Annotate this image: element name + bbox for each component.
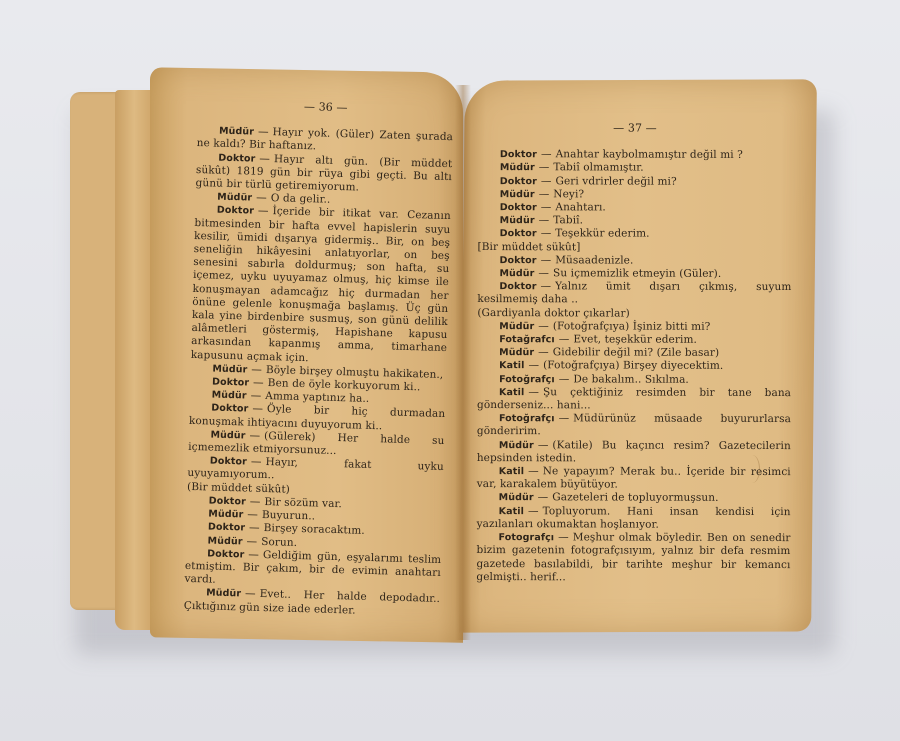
speaker-name: Müdür bbox=[499, 440, 534, 451]
speaker-name: Fotağrafcı bbox=[499, 334, 555, 345]
em-dash: — bbox=[250, 495, 261, 507]
speaker-name: Müdür bbox=[217, 192, 252, 204]
em-dash: — bbox=[541, 148, 552, 160]
dialogue-line: Doktor—Müsaadenizle. bbox=[477, 254, 791, 268]
speaker-name: Doktor bbox=[500, 149, 537, 160]
em-dash: — bbox=[538, 346, 549, 358]
line-text: [Bir müddet sükût] bbox=[478, 241, 581, 253]
dialogue-line: Müdür—Su içmemizlik etmeyin (Güler). bbox=[477, 267, 791, 281]
em-dash: — bbox=[528, 505, 539, 517]
dialogue-line: Doktor—Anahtar kaybolmamıştır değil mi ? bbox=[478, 148, 792, 162]
em-dash: — bbox=[540, 280, 551, 292]
speaker-name: Müdür bbox=[208, 509, 243, 521]
speaker-name: Doktor bbox=[500, 228, 537, 239]
em-dash: — bbox=[539, 214, 550, 226]
speaker-name: Müdür bbox=[500, 189, 535, 200]
speaker-name: Katil bbox=[499, 506, 524, 517]
em-dash: — bbox=[538, 439, 549, 451]
line-text: Evet, teşekkür ederim. bbox=[573, 333, 697, 345]
dialogue-line: Müdür—(Katile) Bu kaçıncı resim? Gazetec… bbox=[477, 439, 791, 467]
line-text: Gazeteleri de topluyormuşsun. bbox=[552, 492, 718, 505]
em-dash: — bbox=[528, 465, 539, 477]
dialogue-line: Fotoğrafçı—Müdürünüz müsaade buyururlars… bbox=[477, 412, 791, 440]
speaker-name: Doktor bbox=[500, 202, 537, 213]
dialogue-lines: Doktor—Anahtar kaybolmamıştır değil mi ?… bbox=[476, 148, 792, 585]
em-dash: — bbox=[559, 333, 570, 345]
em-dash: — bbox=[245, 588, 256, 600]
em-dash: — bbox=[559, 373, 570, 385]
em-dash: — bbox=[250, 390, 261, 402]
em-dash: — bbox=[251, 363, 262, 375]
line-text: Su içmemizlik etmeyin (Güler). bbox=[553, 267, 721, 280]
speaker-name: Müdür bbox=[207, 535, 242, 547]
stage-direction: (Gardiyanla doktor çıkarlar) bbox=[477, 307, 791, 321]
book-gutter bbox=[455, 85, 471, 640]
dialogue-line: Fotografçı—Meşhur olmak böyledir. Ben on… bbox=[476, 531, 790, 585]
speaker-name: Fotografçı bbox=[499, 532, 555, 543]
speaker-name: Doktor bbox=[212, 377, 249, 389]
speaker-name: Müdür bbox=[212, 363, 247, 375]
em-dash: — bbox=[559, 413, 570, 425]
speaker-name: Müdür bbox=[500, 215, 535, 226]
em-dash: — bbox=[259, 152, 270, 164]
dialogue-line: Doktor—Yalnız ümit dışarı çıkmış, suyum … bbox=[477, 280, 791, 308]
line-text: Birşey soracaktım. bbox=[264, 522, 365, 537]
em-dash: — bbox=[538, 320, 549, 332]
em-dash: — bbox=[251, 456, 262, 468]
speaker-name: Müdür bbox=[212, 390, 247, 402]
dialogue-line: Müdür—(Fotoğrafçıya) İşiniz bitti mi? bbox=[477, 320, 791, 334]
right-page-text: — 37 — Doktor—Anahtar kaybolmamıştır değ… bbox=[476, 121, 792, 585]
speaker-name: Doktor bbox=[208, 522, 245, 534]
line-text: Bir sözüm var. bbox=[264, 496, 342, 510]
speaker-name: Fotoğrafçı bbox=[499, 374, 555, 385]
speaker-name: Müdür bbox=[500, 162, 535, 173]
line-text: (Fotoğrafçıya) İşiniz bitti mi? bbox=[553, 320, 711, 333]
speaker-name: Doktor bbox=[500, 176, 537, 187]
dialogue-line: Katil—Şu çektiğiniz resimden bir tane ba… bbox=[477, 386, 791, 414]
em-dash: — bbox=[252, 403, 263, 415]
em-dash: — bbox=[541, 254, 552, 266]
line-text: (Bir müddet sükût) bbox=[187, 481, 290, 496]
speaker-name: Müdür bbox=[499, 493, 534, 504]
line-text: Geri vdrirler değil mi? bbox=[555, 175, 676, 187]
dialogue-line: Müdür—Gazeteleri de topluyormuşsun. bbox=[477, 491, 791, 505]
dialogue-line: Katil—(Fotoğrafçıya) Birşey diyecektim. bbox=[477, 359, 791, 373]
em-dash: — bbox=[249, 522, 260, 534]
page-number: — 37 — bbox=[478, 121, 792, 135]
line-text: Anahtar kaybolmamıştır değil mi ? bbox=[556, 148, 743, 161]
em-dash: — bbox=[538, 267, 549, 279]
dialogue-line: Müdür—Tabiî. bbox=[478, 214, 792, 228]
line-text: (Fotoğrafçıya) Birşey diyecektim. bbox=[543, 360, 723, 373]
speaker-name: Müdür bbox=[499, 268, 534, 279]
speaker-name: Doktor bbox=[207, 548, 244, 560]
speaker-name: Müdür bbox=[499, 321, 534, 332]
speaker-name: Doktor bbox=[211, 403, 248, 415]
em-dash: — bbox=[539, 162, 550, 174]
line-text: De bakalım.. Sıkılma. bbox=[573, 373, 689, 385]
em-dash: — bbox=[541, 175, 552, 187]
dialogue-line: Doktor—Geri vdrirler değil mi? bbox=[478, 175, 792, 189]
dialogue-lines: Müdür—Hayır yok. (Güler) Zaten şurada ne… bbox=[184, 124, 454, 619]
speaker-name: Katil bbox=[499, 361, 524, 372]
dialogue-line: Müdür—Neyi? bbox=[478, 188, 792, 202]
speaker-name: Katil bbox=[499, 466, 524, 477]
speaker-name: Doktor bbox=[210, 456, 247, 468]
speaker-name: Doktor bbox=[209, 495, 246, 507]
em-dash: — bbox=[541, 201, 552, 213]
dialogue-line: Katil—Ne yapayım? Merak bu.. İçeride bir… bbox=[477, 465, 791, 493]
em-dash: — bbox=[256, 192, 267, 204]
em-dash: — bbox=[247, 509, 258, 521]
speaker-name: Doktor bbox=[499, 281, 536, 292]
em-dash: — bbox=[541, 228, 552, 240]
line-text: Buyurun.. bbox=[262, 509, 316, 522]
dialogue-line: Müdür—Tabiî olmamıştır. bbox=[478, 161, 792, 175]
line-text: Gidebilir değil mi? (Zile basar) bbox=[553, 347, 719, 360]
line-text: Tabiî olmamıştır. bbox=[553, 162, 643, 174]
speaker-name: Doktor bbox=[217, 205, 254, 217]
em-dash: — bbox=[248, 548, 259, 560]
line-text: Anahtarı. bbox=[555, 201, 606, 213]
speaker-name: Müdür bbox=[219, 126, 254, 138]
em-dash: — bbox=[558, 531, 569, 543]
line-text: O da gelir.. bbox=[271, 192, 331, 206]
line-text: İçeride bir itikat var. Cezanın bitmesin… bbox=[191, 206, 451, 364]
dialogue-line: Doktor—İçeride bir itikat var. Cezanın b… bbox=[191, 203, 451, 369]
em-dash: — bbox=[539, 188, 550, 200]
em-dash: — bbox=[258, 126, 269, 138]
em-dash: — bbox=[258, 205, 269, 217]
em-dash: — bbox=[528, 360, 539, 372]
dialogue-line: Müdür—Gidebilir değil mi? (Zile basar) bbox=[477, 346, 791, 360]
speaker-name: Fotoğrafçı bbox=[499, 413, 555, 424]
em-dash: — bbox=[253, 377, 264, 389]
speaker-name: Doktor bbox=[218, 152, 255, 164]
line-text: Sorun. bbox=[261, 535, 297, 548]
line-text: Tabiî. bbox=[553, 214, 583, 226]
dialogue-line: Fotoğrafçı—De bakalım.. Sıkılma. bbox=[477, 373, 791, 387]
stage-direction: [Bir müddet sükût] bbox=[478, 241, 792, 255]
speaker-name: Müdür bbox=[206, 588, 241, 600]
dialogue-line: Doktor—Teşekkür ederim. bbox=[478, 227, 792, 241]
line-text: Teşekkür ederim. bbox=[555, 228, 649, 240]
em-dash: — bbox=[528, 386, 539, 398]
em-dash: — bbox=[246, 535, 257, 547]
dialogue-line: Doktor—Anahtarı. bbox=[478, 201, 792, 215]
em-dash: — bbox=[538, 492, 549, 504]
speaker-name: Katil bbox=[499, 387, 524, 398]
photo-scene: — 36 — Müdür—Hayır yok. (Güler) Zaten şu… bbox=[0, 0, 900, 741]
speaker-name: Doktor bbox=[499, 255, 536, 266]
dialogue-line: Katil—Topluyorum. Hani insan kendisi içi… bbox=[477, 505, 791, 533]
line-text: Neyi? bbox=[553, 188, 584, 200]
speaker-name: Müdür bbox=[210, 429, 245, 441]
em-dash: — bbox=[249, 429, 260, 441]
left-page-text: — 36 — Müdür—Hayır yok. (Güler) Zaten şu… bbox=[184, 97, 454, 620]
dialogue-line: Fotağrafcı—Evet, teşekkür ederim. bbox=[477, 333, 791, 347]
line-text: (Gardiyanla doktor çıkarlar) bbox=[477, 307, 630, 320]
speaker-name: Müdür bbox=[499, 347, 534, 358]
line-text: Müsaadenizle. bbox=[555, 254, 633, 266]
